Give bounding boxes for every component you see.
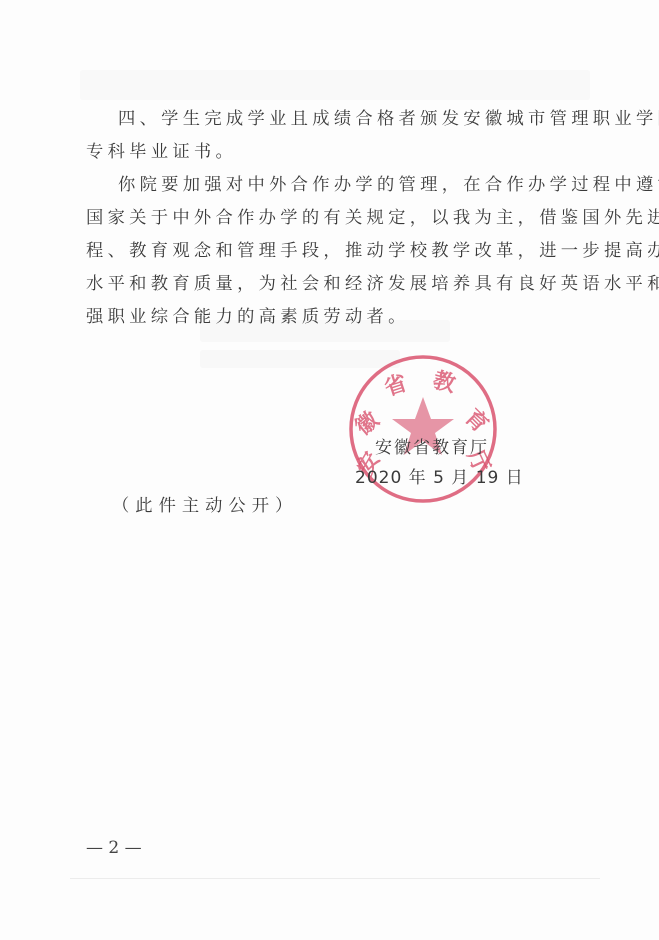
paragraph-2-line-1: 你院要加强对中外合作办学的管理，在合作办学过程中遵守 [118, 175, 659, 195]
divider [70, 878, 600, 879]
issuer-name: 安徽省教育厅 [375, 433, 489, 458]
paragraph-1-line-1: 四、学生完成学业且成绩合格者颁发安徽城市管理职业学院 [118, 109, 659, 129]
issue-date: 2020 年 5 月 19 日 [355, 463, 524, 488]
svg-text:教: 教 [430, 367, 459, 398]
paragraph-2-line-3: 程、教育观念和管理手段，推动学校教学改革，进一步提高办学 [86, 241, 659, 261]
paragraph-1-line-2: 专科毕业证书。 [86, 142, 237, 162]
disclosure-note: （此件主动公开） [112, 496, 298, 516]
svg-text:省: 省 [381, 370, 410, 402]
paragraph-2-line-4: 水平和教育质量，为社会和经济发展培养具有良好英语水平和较 [86, 274, 659, 294]
page-number: — 2 — [86, 838, 142, 858]
paragraph-2-line-2: 国家关于中外合作办学的有关规定，以我为主，借鉴国外先进课 [86, 208, 659, 228]
bleed-through [80, 70, 590, 100]
paragraph-2-line-5: 强职业综合能力的高素质劳动者。 [86, 307, 410, 327]
